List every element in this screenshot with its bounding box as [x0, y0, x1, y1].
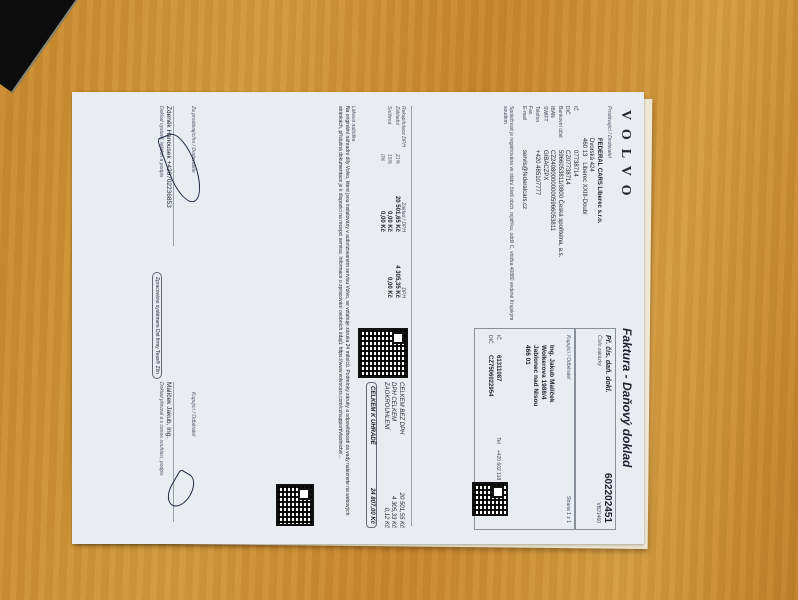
qr-code-top — [472, 482, 508, 516]
supplier-details: IČ07738714 DIČCZ07738714 Bankovní účet59… — [519, 106, 578, 326]
document-number-box: Př. čís. daň. dokl. Číslo zakázky 602202… — [574, 328, 616, 530]
email-label: E-mail — [519, 106, 527, 144]
software-badge: Zpracováno systémem Dst firmy Teas® Zlín — [152, 272, 162, 379]
vat-base-21: 20 501,65 Kč — [392, 172, 400, 232]
order-label: Číslo zakázky — [596, 335, 602, 366]
swift-label: SWIFT — [541, 106, 549, 144]
supplier-ico: 07738714 — [571, 150, 579, 177]
note-text: Na originální náhradní díly Volvo, které… — [337, 106, 350, 526]
customer-street: Wolkerova 1988/4 — [539, 345, 547, 406]
receiver-name: Malíček Jakub, Ing. — [164, 382, 172, 438]
volvo-logo: VOLVO — [617, 110, 635, 205]
iban-label: IBAN — [548, 106, 556, 144]
customer-label: Kupující / Odběratel — [565, 335, 571, 379]
customer-address: Ing. Jakub Malíček Wolkerova 1988/4 Jabl… — [523, 345, 556, 406]
phone-label: Telefon — [533, 106, 541, 144]
supplier-city: Liberec XXIII-Doubí — [580, 162, 588, 214]
supplier-swift: GIBACZPX — [541, 150, 549, 180]
supplier-iban: CZ2408000000005966053811 — [548, 150, 556, 231]
doc-number: 602202451 — [601, 473, 614, 523]
signature-receiver — [162, 469, 199, 511]
vat-amount-21: 4 305,35 Kč — [392, 238, 400, 298]
customer-city: Jablonec nad Nisou — [531, 345, 539, 406]
order-number: VB21460 — [595, 502, 601, 523]
bank-label: Bankovní účet — [556, 106, 564, 144]
fax-label: Fax — [527, 106, 533, 144]
supplier-zip: 460 13 — [580, 138, 588, 156]
ico-label: IČ — [571, 106, 579, 144]
total-vat: 4 305,33 Kč — [389, 496, 397, 528]
supplier-dic: CZ07738714 — [563, 150, 571, 185]
qr-code-payment — [358, 328, 408, 378]
note-title: Lákavá nabídka — [350, 106, 356, 526]
customer-zip: 466 01 — [523, 345, 531, 406]
note-block: Lákavá nabídka Na originální náhradní dí… — [337, 106, 356, 526]
invoice-title: Faktura - Daňový doklad — [619, 328, 634, 467]
total-without-vat: 20 501,55 Kč — [397, 493, 405, 528]
supplier-phone: +420 485107777 — [533, 150, 541, 195]
customer-dic: CZ7506022954 — [486, 355, 494, 396]
supplier-name: FEDERAL CARS Liberec s.r.o. — [595, 138, 603, 318]
totals-block: CELKEM BEZ DPH20 501,55 Kč DPH CELKEM4 3… — [366, 382, 404, 528]
supplier-block: FEDERAL CARS Liberec s.r.o. Dvorská 424 … — [580, 138, 603, 318]
supplier-label: Prodávající / Dodavatel — [606, 106, 612, 158]
receiver-label: Kupující / Odběratel — [190, 392, 196, 436]
invoice-document: VOLVO Faktura - Daňový doklad Prodávajíc… — [72, 92, 644, 544]
page-indicator: Strana 1 z 1 — [565, 496, 571, 523]
supplier-street: Dvorská 424 — [587, 138, 595, 318]
qr-code-bottom — [276, 484, 314, 526]
invoice-page: VOLVO Faktura - Daňový doklad Prodávajíc… — [72, 92, 644, 544]
registry-note: Společnost je registrována ve státní čás… — [502, 106, 515, 326]
rounding: 0,12 Kč — [382, 508, 390, 528]
doc-number-label: Př. čís. daň. dokl. — [602, 335, 611, 393]
supplier-email: servis@federalcars.cz — [519, 150, 527, 209]
divider — [411, 106, 412, 526]
dic-label: DIČ — [563, 106, 571, 144]
customer-ico: 61311087 — [494, 355, 502, 381]
receiver-caption: Doklad převzal a s cenou souhlasí, podpi… — [158, 382, 164, 476]
supplier-bank: 5966053811/0800 Česká spořitelna, a.s. — [556, 150, 564, 257]
customer-name: Ing. Jakub Malíček — [547, 345, 555, 406]
total-to-pay: 24 807,00 Kč — [368, 488, 376, 524]
vat-recap-table: Rekapitulace DPHZáklad / DPHDPH Základní… — [377, 106, 406, 326]
